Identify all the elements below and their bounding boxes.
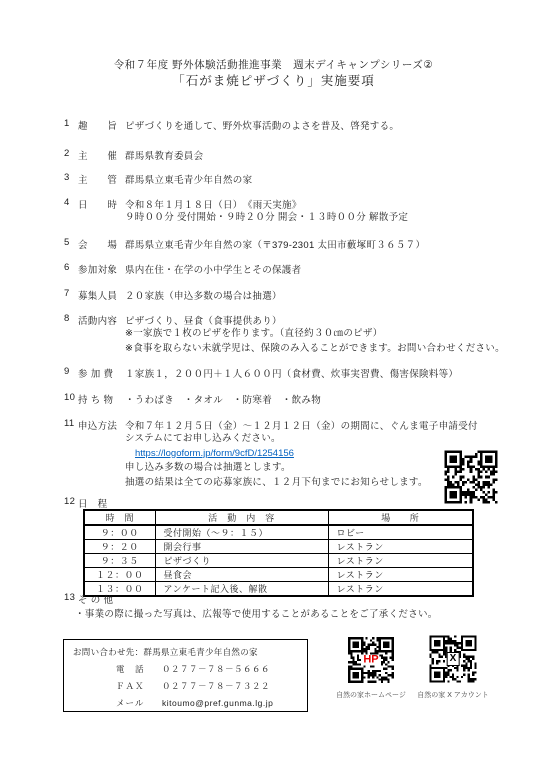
schedule-place-cell: レストラン — [328, 540, 473, 554]
item-lines: 令和８年１月１８日（日） 《雨天実施》９時００分 受付開始・９時２０分 開会・１… — [125, 197, 408, 226]
item-number: 2 — [64, 148, 78, 159]
schedule-row: ９：３５ ピザづくり レストラン — [84, 554, 473, 568]
item-number: 12 — [64, 496, 78, 507]
qr-code-x-account-icon: X — [427, 633, 479, 685]
application-line3: 申し込み多数の場合は抽選とします。 — [125, 461, 478, 476]
item-label: 趣 旨 — [78, 118, 125, 132]
datetime-line2: ９時００分 受付開始・９時２０分 開会・１３時００分 解散予定 — [125, 211, 408, 226]
item-text: ・うわばき ・タオル ・防寒着 ・飲み物 — [125, 392, 321, 406]
schedule-header-row: 時 間 活 動 内 容 場 所 — [84, 510, 473, 525]
application-link-line: https://logoform.jp/form/9cfD/1254156 — [135, 447, 478, 462]
item-label: 主 管 — [78, 172, 125, 186]
schedule-place-cell: レストラン — [328, 568, 473, 582]
document-page: 令和７年度 野外体験活動推進事業 週末デイキャンプシリーズ② 「石がま焼ピザづく… — [0, 0, 547, 775]
item-number: 1 — [64, 118, 78, 129]
fax-label: ＦＡＸ — [116, 680, 150, 692]
schedule-table: 時 間 活 動 内 容 場 所 ９：００ 受付開始（～９：１５） ロビー ９：２… — [83, 509, 474, 597]
item-label: そ の 他 — [78, 592, 125, 606]
contact-mail-row: メールkitoumo@pref.gunma.lg.jp — [116, 697, 273, 709]
item-label: 日 時 — [78, 197, 125, 211]
activities-note1: ※一家族で１枚のピザを作ります。（直径約３０㎝のピザ） — [125, 327, 505, 342]
item-datetime: 4日 時令和８年１月１８日（日） 《雨天実施》９時００分 受付開始・９時２０分 … — [64, 197, 408, 226]
mail-address: kitoumo@pref.gunma.lg.jp — [162, 698, 273, 708]
mail-label: メール — [116, 697, 150, 709]
x-logo: X — [447, 652, 460, 666]
contact-heading: お問い合わせ先：群馬県立東毛青少年自然の家 — [73, 646, 258, 658]
schedule-activity-cell: ピザづくり — [155, 554, 328, 568]
item-number: 9 — [64, 366, 78, 377]
item-label: 活動内容 — [78, 313, 125, 327]
item-venue: 5会 場群馬県立東毛青少年自然の家（〒379-2301 太田市藪塚町３６５７） — [64, 237, 425, 251]
item-label: 申込方法 — [78, 418, 125, 432]
schedule-activity-cell: 開会行事 — [155, 540, 328, 554]
item-text: ２０家族（申込多数の場合は抽選） — [125, 288, 282, 302]
application-line1: 令和７年１２月５日（金）～１２月１２日（金）の期間に、ぐんま電子申請受付 — [125, 418, 478, 432]
item-text: 群馬県立東毛青少年自然の家 — [125, 172, 252, 186]
schedule-row: １３：００ アンケート記入後、解散 レストラン — [84, 582, 473, 597]
item-organizer: 2主 催群馬県教育委員会 — [64, 148, 203, 162]
item-number: 5 — [64, 237, 78, 248]
schedule-time-cell: １２：００ — [84, 568, 155, 582]
application-line4: 抽選の結果は全ての応募家族に、１２月下旬までにお知らせします。 — [125, 476, 478, 491]
item-label: 募集人員 — [78, 288, 125, 302]
schedule-header-activity: 活 動 内 容 — [155, 510, 328, 525]
datetime-line1: 令和８年１月１８日（日） 《雨天実施》 — [125, 197, 408, 211]
item-text: 群馬県教育委員会 — [125, 148, 203, 162]
item-application: 11申込方法令和７年１２月５日（金）～１２月１２日（金）の期間に、ぐんま電子申請… — [64, 418, 478, 490]
item-label: 参 加 費 — [78, 366, 125, 380]
item-label: 会 場 — [78, 237, 125, 251]
fax-number: ０２７７－７８－７３２２ — [162, 680, 270, 692]
item-number: 4 — [64, 197, 78, 208]
item-other: 13そ の 他 — [64, 592, 125, 606]
schedule-activity-cell: 受付開始（～９：１５） — [155, 525, 328, 540]
contact-fax-row: ＦＡＸ０２７７－７８－７３２２ — [116, 680, 270, 692]
item-text: １家族１，２００円＋１人６００円（食材費、炊事実習費、傷害保険料等） — [125, 366, 458, 380]
qr-code-homepage-icon: HP — [346, 634, 396, 686]
schedule-header-place: 場 所 — [328, 510, 473, 525]
schedule-row: ９：００ 受付開始（～９：１５） ロビー — [84, 525, 473, 540]
schedule-row: １２：００ 昼食会 レストラン — [84, 568, 473, 582]
item-purpose: 1趣 旨ピザづくりを通して、野外炊事活動のよさを普及、啓発する。 — [64, 118, 399, 132]
item-number: 11 — [64, 418, 78, 429]
schedule-time-cell: ９：２０ — [84, 540, 155, 554]
application-line2: システムにてお申し込みください。 — [125, 432, 478, 447]
item-number: 8 — [64, 313, 78, 324]
item-belongings: 10持 ち 物・うわばき ・タオル ・防寒着 ・飲み物 — [64, 392, 321, 406]
qr-x-account-label: 自然の家 X アカウント — [398, 690, 508, 700]
activities-note2: ※食事を取らない未就学児は、保険のみ入ることができます。お問い合わせください。 — [125, 342, 505, 357]
item-text: ピザづくりを通して、野外炊事活動のよさを普及、啓発する。 — [125, 118, 399, 132]
item-number: 6 — [64, 262, 78, 273]
item-schedule: 12日 程 — [64, 496, 125, 510]
item-label: 持 ち 物 — [78, 392, 125, 406]
schedule-activity-cell: 昼食会 — [155, 568, 328, 582]
schedule-time-cell: ９：３５ — [84, 554, 155, 568]
item-manager: 3主 管群馬県立東毛青少年自然の家 — [64, 172, 252, 186]
schedule-place-cell: ロビー — [328, 525, 473, 540]
item-label: 参加対象 — [78, 262, 125, 276]
item-label: 主 催 — [78, 148, 125, 162]
schedule-row: ９：２０ 開会行事 レストラン — [84, 540, 473, 554]
item-number: 7 — [64, 288, 78, 299]
tel-number: ０２７７－７８－５６６６ — [162, 663, 270, 675]
item-lines: ピザづくり、昼食（食事提供あり）※一家族で１枚のピザを作ります。（直径約３０㎝の… — [125, 313, 505, 356]
item-activities: 8活動内容ピザづくり、昼食（食事提供あり）※一家族で１枚のピザを作ります。（直径… — [64, 313, 505, 356]
contact-box: お問い合わせ先：群馬県立東毛青少年自然の家 電 話０２７７－７８－５６６６ ＦＡ… — [63, 639, 308, 712]
contact-tel-row: 電 話０２７７－７８－５６６６ — [116, 663, 270, 675]
item-lines: 令和７年１２月５日（金）～１２月１２日（金）の期間に、ぐんま電子申請受付システム… — [125, 418, 478, 490]
document-title-line2: 「石がま焼ピザづくり」実施要項 — [0, 71, 547, 89]
item-eligibility: 6参加対象県内在住・在学の小中学生とその保護者 — [64, 262, 301, 276]
schedule-activity-cell: アンケート記入後、解散 — [155, 582, 328, 597]
item-number: 3 — [64, 172, 78, 183]
item-number: 10 — [64, 392, 78, 403]
hp-logo: HP — [362, 655, 379, 666]
qr-code-application-icon — [442, 448, 500, 506]
item-other-note: ・事業の際に撮った写真は、広報等で使用することがあることをご了承ください。 — [75, 606, 438, 620]
tel-label: 電 話 — [116, 663, 150, 675]
application-form-link[interactable]: https://logoform.jp/form/9cfD/1254156 — [135, 448, 294, 459]
item-capacity: 7募集人員２０家族（申込多数の場合は抽選） — [64, 288, 282, 302]
item-text: 群馬県立東毛青少年自然の家（〒379-2301 太田市藪塚町３６５７） — [125, 237, 425, 251]
item-text: 県内在住・在学の小中学生とその保護者 — [125, 262, 301, 276]
item-fee: 9参 加 費１家族１，２００円＋１人６００円（食材費、炊事実習費、傷害保険料等） — [64, 366, 458, 380]
schedule-time-cell: ９：００ — [84, 525, 155, 540]
item-label: 日 程 — [78, 496, 125, 510]
activities-line1: ピザづくり、昼食（食事提供あり） — [125, 313, 505, 327]
item-number: 13 — [64, 592, 78, 603]
document-title-line1: 令和７年度 野外体験活動推進事業 週末デイキャンプシリーズ② — [0, 57, 547, 72]
schedule-header-time: 時 間 — [84, 510, 155, 525]
schedule-place-cell: レストラン — [328, 554, 473, 568]
schedule-place-cell: レストラン — [328, 582, 473, 597]
